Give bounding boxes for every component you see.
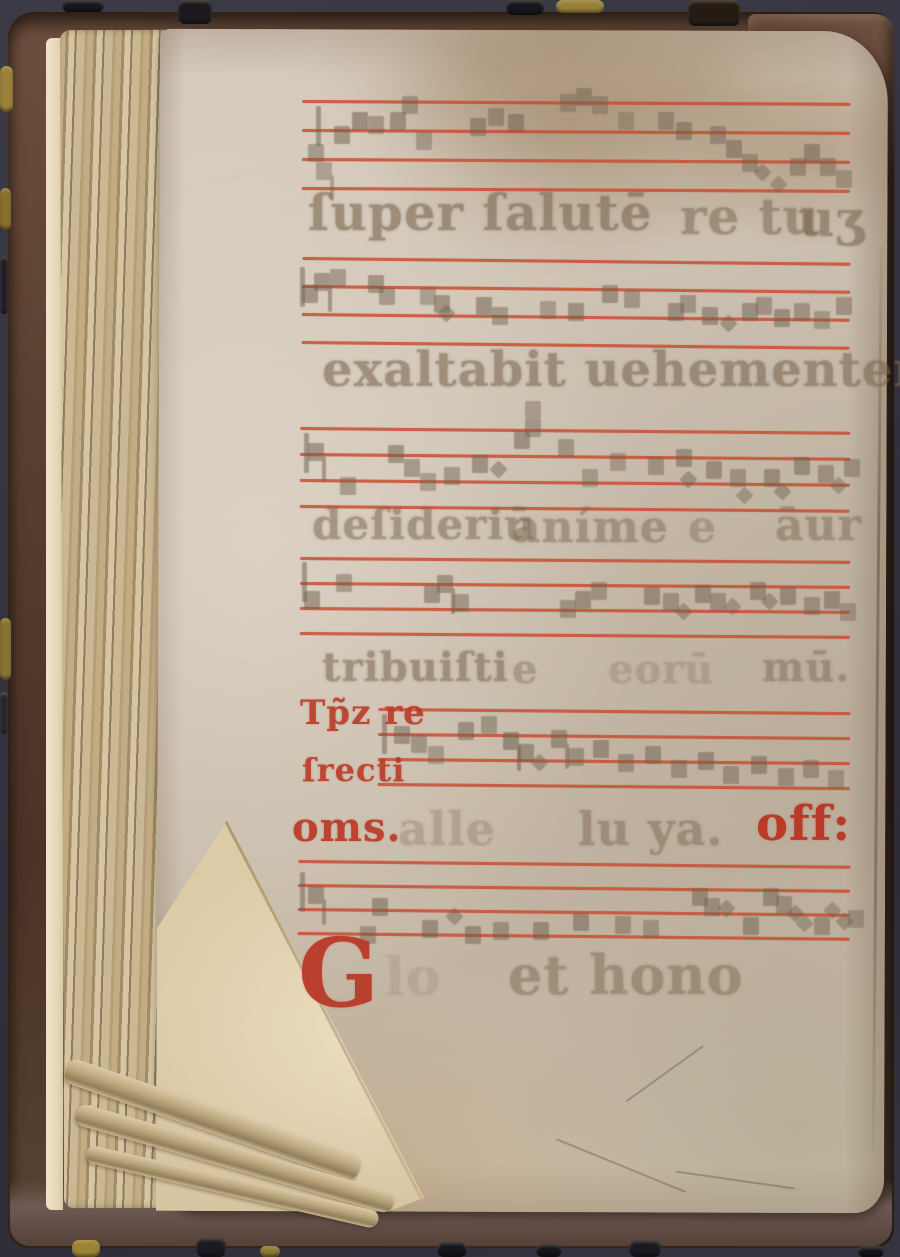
- page-crease-right: [872, 246, 883, 1151]
- binding-boss: [178, 0, 212, 24]
- binding-boss-foot: [629, 1240, 661, 1257]
- clasp-remnant: [0, 618, 11, 680]
- under-page-corner: [156, 29, 888, 1214]
- binding-boss-foot: [437, 1242, 467, 1257]
- clasp-remnant: [0, 692, 8, 734]
- manuscript-page: [156, 29, 888, 1214]
- binding-boss-foot: [196, 1238, 226, 1257]
- parchment-crack: [676, 1171, 795, 1190]
- binding-boss: [62, 0, 104, 12]
- binding-boss-foot: [536, 1244, 562, 1257]
- parchment-crack: [556, 1138, 686, 1193]
- binding-boss: [556, 0, 604, 13]
- clasp-remnant: [0, 66, 13, 112]
- clasp-remnant: [0, 256, 8, 314]
- binding-boss-foot: [72, 1240, 100, 1257]
- manuscript-photo-scene: ſuper ſalutēre tuuʒexaltabit uehementerd…: [0, 0, 900, 1257]
- binding-boss: [688, 0, 740, 26]
- binding-boss-foot: [858, 1246, 884, 1257]
- binding-boss: [506, 0, 544, 15]
- clasp-remnant: [0, 188, 11, 230]
- binding-boss-foot: [260, 1246, 280, 1257]
- parchment-crack: [626, 1045, 704, 1102]
